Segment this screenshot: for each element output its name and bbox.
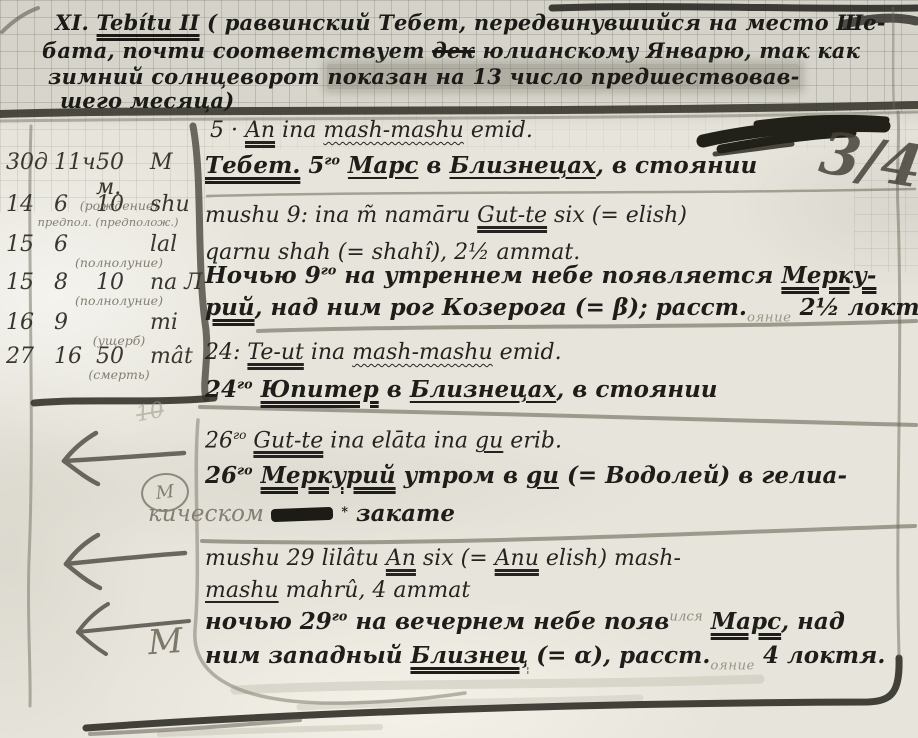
hour-cell: 6 <box>54 192 96 217</box>
akkadian-line-day24: 24: Te-ut ina mash-mashu emid. <box>205 340 562 365</box>
russian-line-day24-jupiter: 24го Юпитер в Близнецах, в стоянии <box>205 376 718 403</box>
erased-text-ghost <box>300 698 640 707</box>
table-row: 14610shu предпол. (предполож.) <box>6 192 206 229</box>
hour-cell: 9 <box>54 310 96 335</box>
bottom-border-fork <box>90 720 300 734</box>
erased-text-ghost <box>235 679 760 690</box>
akkadian-line-day5: 5 · An ina mash-mashu emid. <box>210 118 533 143</box>
table-bottom-border <box>34 398 214 403</box>
hour-cell: 6 <box>54 232 96 257</box>
cursive-letter-annotation: М <box>147 621 185 663</box>
row-note: (смерть) <box>32 367 206 382</box>
day-cell: 15 <box>6 270 54 295</box>
minute-cell: 10 <box>96 192 150 217</box>
russian-line-day26-mercury-b: кическом ⁎ закате <box>148 500 455 527</box>
top-border-line <box>552 7 917 9</box>
table-row: 271650mât (смерть) <box>6 344 206 382</box>
term-cell: lal <box>150 232 206 257</box>
hour-cell: 8 <box>54 270 96 295</box>
akkadian-line-day26: 26го Gut-te ina elāta ina gu erib. <box>205 428 562 453</box>
top-left-corner-stroke <box>2 8 38 32</box>
russian-line-day29-mars-a: ночью 29го на вечернем небе появился Мар… <box>205 608 845 635</box>
table-row: 169mi (ущерб) <box>6 310 206 348</box>
section-rule-4 <box>202 526 915 542</box>
day-cell: 27 <box>6 344 54 369</box>
header-line: XI. Tebítu II ( раввинский Тебет, передв… <box>55 10 886 35</box>
term-cell: mi <box>150 310 206 335</box>
akkadian-line-day29a: mushu 29 lilâtu An six (= Anu elish) mas… <box>205 546 681 571</box>
day-cell: 14 <box>6 192 54 217</box>
day-cell: 15 <box>6 232 54 257</box>
header-line: зимний солнцеворот показан на 13 число п… <box>48 64 800 89</box>
row-note: (полнолуние) <box>32 293 206 308</box>
section-rule-1 <box>207 189 915 196</box>
minute-cell: 10 <box>96 270 150 295</box>
russian-line-day9-mercury-a: Ночью 9го на утреннем небе появляется Ме… <box>205 262 876 289</box>
row-note: (полнолуние) <box>32 255 206 270</box>
minute-cell: 50 <box>96 344 150 369</box>
akkadian-line-day29b: mashu mahrû, 4 ammat <box>205 578 470 603</box>
margin-fraction-mark: 3/4 <box>815 118 918 201</box>
russian-line-day26-mercury-a: 26го Меркурий утром в gu (= Водолей) в г… <box>205 462 847 489</box>
russian-line-day29-mars-b: ним западный Близнец (= α), расст.ояние … <box>205 642 885 674</box>
minute-cell <box>96 310 150 335</box>
manuscript-page: XI. Tebítu II ( раввинский Тебет, передв… <box>0 0 918 738</box>
akkadian-line-day9a: mushu 9: ina m̃ namāru Gut-te six (= eli… <box>205 203 687 228</box>
minute-cell <box>96 232 150 257</box>
row-note: предпол. (предполож.) <box>10 215 206 229</box>
russian-line-day9-mercury-b: рий, над ним рог Козерога (= β); расст.о… <box>205 294 918 326</box>
term-cell: na Л <box>150 270 206 295</box>
term-cell: shu <box>150 192 206 217</box>
hour-cell: 16 <box>54 344 96 369</box>
term-cell: mât <box>150 344 206 369</box>
stray-number-scribble: 10 <box>134 398 166 427</box>
erased-text-ghost <box>160 727 380 734</box>
table-row: 156lal (полнолуние) <box>6 232 206 270</box>
russian-line-day5-mars: Тебет. 5го Марс в Близнецах, в стоянии <box>205 152 757 179</box>
table-row: 15810na Л (полнолуние) <box>6 270 206 308</box>
section-rule-3 <box>200 407 916 425</box>
right-border-header <box>893 8 894 108</box>
header-line: шего месяца) <box>60 88 234 113</box>
left-arrow-icon <box>66 535 185 588</box>
day-cell: 16 <box>6 310 54 335</box>
header-line: бата, почти соответствует дек юлианскому… <box>42 38 860 63</box>
